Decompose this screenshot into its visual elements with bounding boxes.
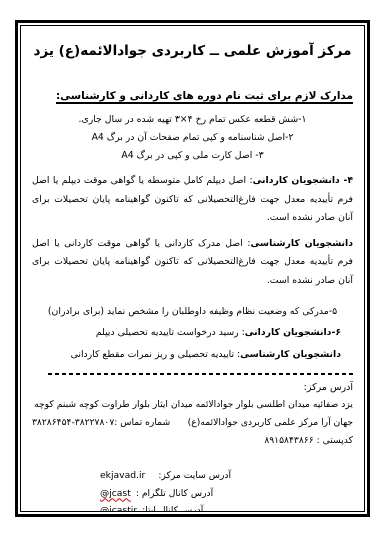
phone-label: شماره تماس :: [114, 417, 170, 428]
page-border-outer: مرکز آموزش علمی ــ کاربردی جوادالائمه(ع)…: [15, 20, 370, 517]
requirements-heading: مدارک لازم برای ثبت نام دوره های کاردانی…: [32, 90, 353, 102]
requirement-item-1: ۱-شش قطعه عکس تمام رخ ۳×۴ تهیه شده در سا…: [32, 111, 353, 129]
document-title: مرکز آموزش علمی ــ کاربردی جوادالائمه(ع)…: [32, 41, 353, 61]
eitaa-row: آدرس کانال ایتا: @jcastir: [100, 502, 353, 512]
requirement-item-5: ۵-مدرکی که وضعیت نظام وظیفه داوطلبان را …: [32, 304, 353, 320]
item6-karshenasi-text: : تاییدیه تحصیلی و ریز نمرات مقطع کاردان…: [71, 349, 241, 360]
requirement-item-4-karshenasi: دانشجویان کارشناسی: اصل مدرک کاردانی یا …: [32, 235, 353, 291]
address-line-1: یزد صفائیه میدان اطلسی بلوار جوادالائمه …: [32, 396, 353, 414]
item6-kardani-text: : رسید درخواست تاییدیه تحصیلی دیپلم: [96, 327, 245, 338]
address-phone-row: جهان آرا مرکز علمی کاربردی جوادالائمه(ع)…: [32, 414, 353, 432]
postal-code-line: کدپستی : ۸۹۱۵۸۴۳۸۶۶: [32, 432, 353, 450]
website-value: ekjavad.ir: [100, 467, 145, 485]
postal-label: کدپستی :: [317, 435, 353, 446]
eitaa-label: آدرس کانال ایتا:: [142, 502, 203, 512]
requirement-item-6-karshenasi: دانشجویان کارشناسی: تاییدیه تحصیلی و ریز…: [32, 346, 353, 364]
item1-text-before: ۱-شش قطعه عکس تمام رخ: [196, 114, 307, 125]
page-border-inner: مرکز آموزش علمی ــ کاربردی جوادالائمه(ع)…: [20, 25, 365, 512]
item6-karshenasi-lead: دانشجویان کارشناسی: [240, 349, 341, 360]
item1-text-after: تهیه شده در سال جاری.: [79, 114, 172, 125]
photo-size-value: ۳×۴: [175, 114, 193, 125]
document-page: مرکز آموزش علمی ــ کاربردی جوادالائمه(ع)…: [0, 0, 386, 533]
telegram-handle: @jcast: [100, 485, 131, 503]
karshenasi-students-lead: دانشجویان کارشناسی: [251, 238, 353, 249]
requirement-item-2: ۲-اصل شناسنامه و کپی تمام صفحات آن در بر…: [32, 129, 353, 147]
address-heading: آدرس مرکز:: [32, 380, 353, 396]
website-row: آدرس سایت مرکز: ekjavad.ir: [100, 467, 353, 485]
requirement-item-3: ۳- اصل کارت ملی و کپی در برگ A4: [32, 147, 353, 165]
item6-kardani-lead: ۶-دانشجویان کاردانی: [245, 327, 341, 338]
kardani-students-lead: ۴- دانشجویان کاردانی: [253, 175, 353, 186]
postal-code-value: ۸۹۱۵۸۴۳۸۶۶: [264, 435, 313, 446]
contacts-block: آدرس سایت مرکز: ekjavad.ir آدرس کانال تل…: [32, 467, 353, 512]
requirement-item-4-kardani: ۴- دانشجویان کاردانی: اصل دیپلم کامل متو…: [32, 172, 353, 228]
telegram-row: آدرس کانال تلگرام : @jcast: [100, 485, 353, 503]
phone-numbers: ۳۸۲۸۶۴۵۴-۳۸۲۲۷۸۰۷: [32, 417, 114, 428]
telegram-label: آدرس کانال تلگرام :: [136, 485, 213, 503]
website-label: آدرس سایت مرکز:: [158, 467, 231, 485]
address-line-2: جهان آرا مرکز علمی کاربردی جوادالائمه(ع): [188, 414, 353, 432]
eitaa-handle: @jcastir: [100, 502, 137, 512]
requirements-list: ۱-شش قطعه عکس تمام رخ ۳×۴ تهیه شده در سا…: [32, 111, 353, 165]
phone-group: شماره تماس :۳۸۲۸۶۴۵۴-۳۸۲۲۷۸۰۷: [32, 414, 170, 432]
dashed-separator: [45, 373, 353, 375]
requirement-item-6-kardani: ۶-دانشجویان کاردانی: رسید درخواست تاییدی…: [32, 324, 353, 342]
